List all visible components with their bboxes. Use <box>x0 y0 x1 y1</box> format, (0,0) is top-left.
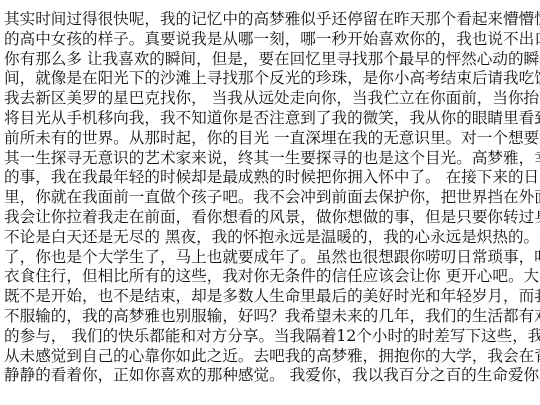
text-line: 不论是白天还是无尽的 黑夜，我的怀抱永远是温暖的，我的心永远是炽热的。好 <box>4 228 540 248</box>
text-line: 将目光从手机移向我，我不知道你是否注意到了我的微笑，我从你的眼睛里看到了 <box>4 109 540 129</box>
text-line: 衣食住行，但相比所有的这些，我对你无条件的信任应该会让你 更开心吧。大学 <box>4 267 540 287</box>
text-line: 其实时间过得很快呢，我的记忆中的高梦雅似乎还停留在昨天那个看起来懵懵懂懂 <box>4 10 540 30</box>
text-line: 我会让你拉着我走在前面，看你想看的风景，做你想做的事，但是只要你转过身， <box>4 208 540 228</box>
text-line: 间，就像是在阳光下的沙滩上寻找那个反光的珍珠，是你小高考结束后请我吃饭， <box>4 69 540 89</box>
text-line: 了，你也是个大学生了，马上也就要成年了。虽然也很想跟你唠叨日常琐事，叮嘱 <box>4 248 540 268</box>
text-line: 的事，我在我最年轻的时候却是最成熟的时候把你拥入怀中了。 在接下来的日子 <box>4 168 540 188</box>
text-line: 从未感觉到自己的心靠你如此之近。去吧我的高梦雅，拥抱你的大学，我会在背后 <box>4 347 540 367</box>
text-line: 的高中女孩的样子。真要说我是从哪一刻，哪一秒开始喜欢你的，我也说不出口， <box>4 30 540 50</box>
text-line: 静静的看着你，正如你喜欢的那种感觉。 我爱你，我以我百分之百的生命爱你。 <box>4 366 540 386</box>
text-line: 前所未有的世界。从那时起，你的目光 一直深埋在我的无意识里。对一个想要终 <box>4 129 540 149</box>
text-line: 你有那么多 让我喜欢的瞬间，但是，要在回忆里寻找那个最早的怦然心动的瞬 <box>4 50 540 70</box>
text-line: 我去新区美罗的星巴克找你， 当我从远处走向你，当我伫立在你面前，当你抬头 <box>4 89 540 109</box>
text-line: 既不是开始，也不是结束，却是多数人生命里最后的美好时光和年轻岁月，而我是 <box>4 287 540 307</box>
letter-text: 其实时间过得很快呢，我的记忆中的高梦雅似乎还停留在昨天那个看起来懵懵懂懂 的高中… <box>4 10 540 386</box>
text-line: 其一生探寻无意识的艺术家来说，终其一生要探寻的也是这个目光。高梦雅，幸运 <box>4 149 540 169</box>
text-line: 不服输的，我的高梦雅也别服输，好吗？我希望未来的几年，我们的生活都有对方 <box>4 307 540 327</box>
text-line: 里，你就在我面前一直做个孩子吧。我不会冲到前面去保护你，把世界挡在外面， <box>4 188 540 208</box>
text-line: 的参与， 我们的快乐都能和对方分享。当我隔着12个小时的时差写下这些，我却 <box>4 327 540 347</box>
